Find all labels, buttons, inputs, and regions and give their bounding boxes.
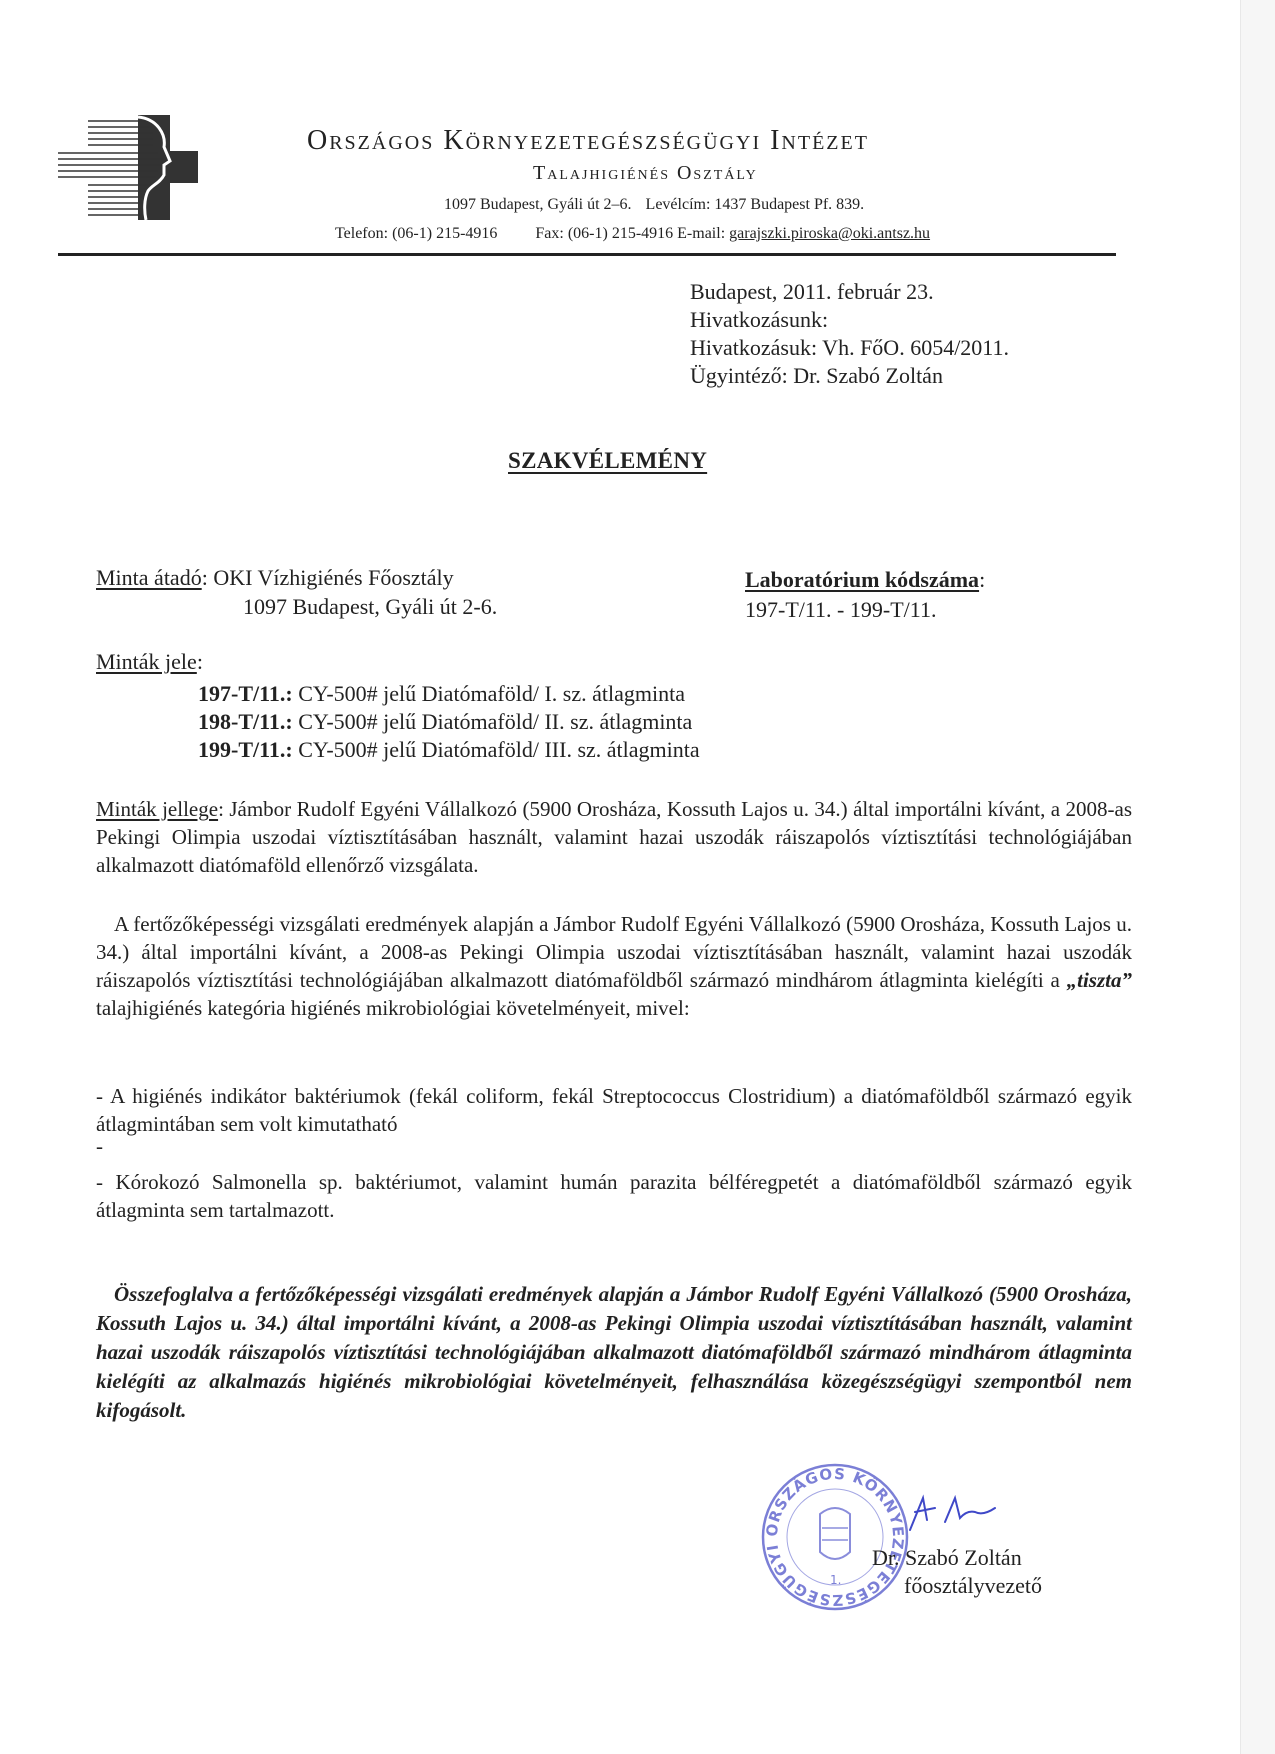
letter-date: Budapest, 2011. február 23. bbox=[690, 278, 1009, 306]
address-line: 1097 Budapest, Gyáli út 2–6.Levélcím: 14… bbox=[444, 196, 864, 214]
samples-nature-paragraph: Minták jellege: Jámbor Rudolf Egyéni Vál… bbox=[96, 795, 1132, 879]
fax: Fax: (06-1) 215-4916 bbox=[535, 225, 673, 242]
our-reference: Hivatkozásunk: bbox=[690, 306, 1009, 334]
email-label: E-mail: bbox=[677, 225, 725, 242]
nature-label: Minták jellege bbox=[96, 797, 218, 821]
result-paragraph: A fertőzőképességi vizsgálati eredmények… bbox=[96, 910, 1132, 1022]
result-text-after: talajhigiénés kategória higiénés mikrobi… bbox=[96, 996, 690, 1020]
reference-block: Budapest, 2011. február 23. Hivatkozásun… bbox=[690, 278, 1009, 390]
signatory: Dr. Szabó Zoltán főosztályvezető bbox=[872, 1544, 1042, 1600]
finding-indicator-bacteria: - A higiénés indikátor baktériumok (feká… bbox=[96, 1082, 1132, 1138]
organization-name: Országos Környezetegészségügyi Intézet bbox=[307, 125, 1087, 157]
lab-codes: 197-T/11. - 199-T/11. bbox=[745, 595, 985, 625]
phone: Telefon: (06-1) 215-4916 bbox=[335, 225, 497, 242]
document-title: SZAKVÉLEMÉNY bbox=[508, 448, 707, 474]
email-link[interactable]: garajszki.piroska@oki.antsz.hu bbox=[729, 225, 930, 242]
sender-label: Minta átadó bbox=[96, 565, 202, 590]
sample-code: 198-T/11.: bbox=[198, 709, 293, 734]
result-category: „tiszta” bbox=[1067, 968, 1132, 992]
signatory-role: főosztályvezető bbox=[872, 1572, 1042, 1600]
nature-text: Jámbor Rudolf Egyéni Vállalkozó (5900 Or… bbox=[96, 797, 1132, 877]
sample-description: CY-500# jelű Diatómaföld/ II. sz. átlagm… bbox=[298, 709, 692, 734]
svg-text:1.: 1. bbox=[830, 1573, 841, 1587]
sender-address: 1097 Budapest, Gyáli út 2-6. bbox=[96, 592, 497, 621]
street-address: 1097 Budapest, Gyáli út 2–6. bbox=[444, 196, 632, 213]
your-reference: Hivatkozásuk: Vh. FőO. 6054/2011. bbox=[690, 334, 1009, 362]
result-text-before: A fertőzőképességi vizsgálati eredmények… bbox=[96, 912, 1132, 992]
list-item: 198-T/11.: CY-500# jelű Diatómaföld/ II.… bbox=[198, 708, 700, 736]
summary-paragraph: Összefoglalva a fertőzőképességi vizsgál… bbox=[96, 1280, 1132, 1425]
samples-label: Minták jele bbox=[96, 649, 197, 674]
handwritten-signature-icon bbox=[905, 1490, 1015, 1535]
institute-logo-icon bbox=[58, 115, 198, 220]
lab-code-block: Laboratórium kódszáma: 197-T/11. - 199-T… bbox=[745, 565, 985, 625]
sample-description: CY-500# jelű Diatómaföld/ III. sz. átlag… bbox=[298, 737, 699, 762]
samples-list: Minták jele: 197-T/11.: CY-500# jelű Dia… bbox=[96, 648, 700, 764]
header-divider bbox=[58, 253, 1116, 256]
department-name: Talajhigiénés Osztály bbox=[533, 162, 758, 185]
document-page: Országos Környezetegészségügyi Intézet T… bbox=[0, 0, 1240, 1754]
sample-code: 199-T/11.: bbox=[198, 737, 293, 762]
case-officer: Ügyintéző: Dr. Szabó Zoltán bbox=[690, 362, 1009, 390]
list-item: 197-T/11.: CY-500# jelű Diatómaföld/ I. … bbox=[198, 680, 700, 708]
scan-margin bbox=[1240, 0, 1275, 1754]
sample-description: CY-500# jelű Diatómaföld/ I. sz. átlagmi… bbox=[298, 681, 685, 706]
lab-code-label: Laboratórium kódszáma bbox=[745, 567, 979, 592]
sample-sender: Minta átadó: OKI Vízhigiénés Főosztály 1… bbox=[96, 563, 497, 621]
signatory-name: Dr. Szabó Zoltán bbox=[872, 1544, 1042, 1572]
list-item: 199-T/11.: CY-500# jelű Diatómaföld/ III… bbox=[198, 736, 700, 764]
finding-empty-dash: - bbox=[96, 1132, 1132, 1160]
sample-code: 197-T/11.: bbox=[198, 681, 293, 706]
finding-pathogens: - Kórokozó Salmonella sp. baktériumot, v… bbox=[96, 1168, 1132, 1224]
contact-line: Telefon: (06-1) 215-4916Fax: (06-1) 215-… bbox=[335, 225, 930, 243]
postal-address: Levélcím: 1437 Budapest Pf. 839. bbox=[646, 196, 865, 213]
sender-name: OKI Vízhigiénés Főosztály bbox=[213, 565, 453, 590]
